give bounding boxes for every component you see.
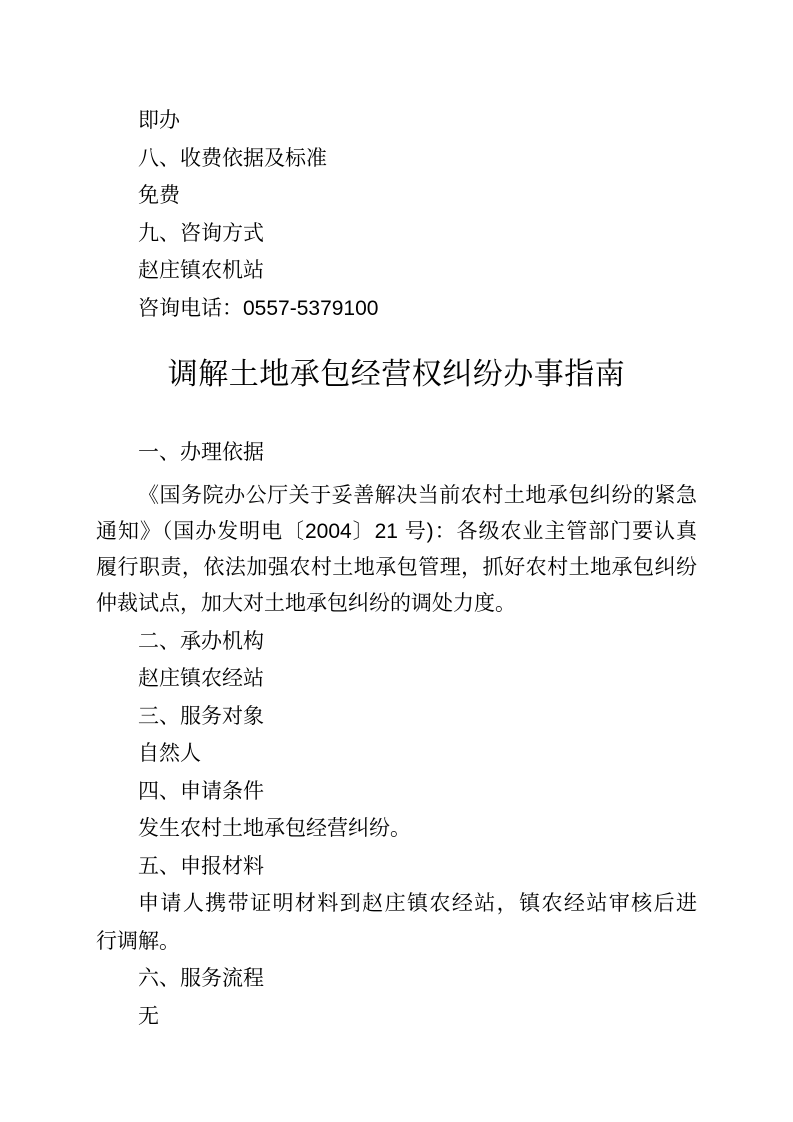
section-4-heading: 四、申请条件: [96, 773, 697, 811]
materials-line-1: 申请人携带证明材料到赵庄镇农经站，镇农经站审核后进: [96, 885, 697, 923]
section-6-heading: 六、服务流程: [96, 960, 697, 998]
legal-basis-line-4: 仲裁试点，加大对土地承包纠纷的调处力度。: [96, 586, 697, 622]
consultation-phone: 咨询电话：0557-5379100: [96, 290, 697, 328]
section-9-heading: 九、咨询方式: [96, 215, 697, 253]
consultation-org: 赵庄镇农机站: [96, 252, 697, 290]
materials-paragraph: 申请人携带证明材料到赵庄镇农经站，镇农经站审核后进 行调解。: [96, 885, 697, 960]
handling-org-value: 赵庄镇农经站: [96, 660, 697, 698]
fee-standard-value: 免费: [96, 177, 697, 215]
legal-basis-paragraph: 《国务院办公厅关于妥善解决当前农村土地承包纠纷的紧急 通知》（国办发明电〔200…: [96, 478, 697, 623]
service-flow-value: 无: [96, 998, 697, 1036]
page-title: 调解土地承包经营权纠纷办事指南: [96, 351, 697, 399]
time-limit-value: 即办: [96, 102, 697, 140]
document-page: 即办 八、收费依据及标准 免费 九、咨询方式 赵庄镇农机站 咨询电话：0557-…: [0, 0, 793, 1122]
section-8-heading: 八、收费依据及标准: [96, 140, 697, 178]
section-3-heading: 三、服务对象: [96, 698, 697, 736]
legal-basis-line-2: 通知》（国办发明电〔2004〕21 号)：各级农业主管部门要认真: [96, 514, 697, 550]
section-2-heading: 二、承办机构: [96, 623, 697, 661]
legal-basis-line-3: 履行职责，依法加强农村土地承包管理，抓好农村土地承包纠纷: [96, 550, 697, 586]
service-target-value: 自然人: [96, 735, 697, 773]
section-1-heading: 一、办理依据: [96, 434, 697, 472]
application-condition-value: 发生农村土地承包经营纠纷。: [96, 810, 697, 848]
section-5-heading: 五、申报材料: [96, 848, 697, 886]
legal-basis-line-1: 《国务院办公厅关于妥善解决当前农村土地承包纠纷的紧急: [96, 478, 697, 514]
materials-line-2: 行调解。: [96, 923, 697, 961]
